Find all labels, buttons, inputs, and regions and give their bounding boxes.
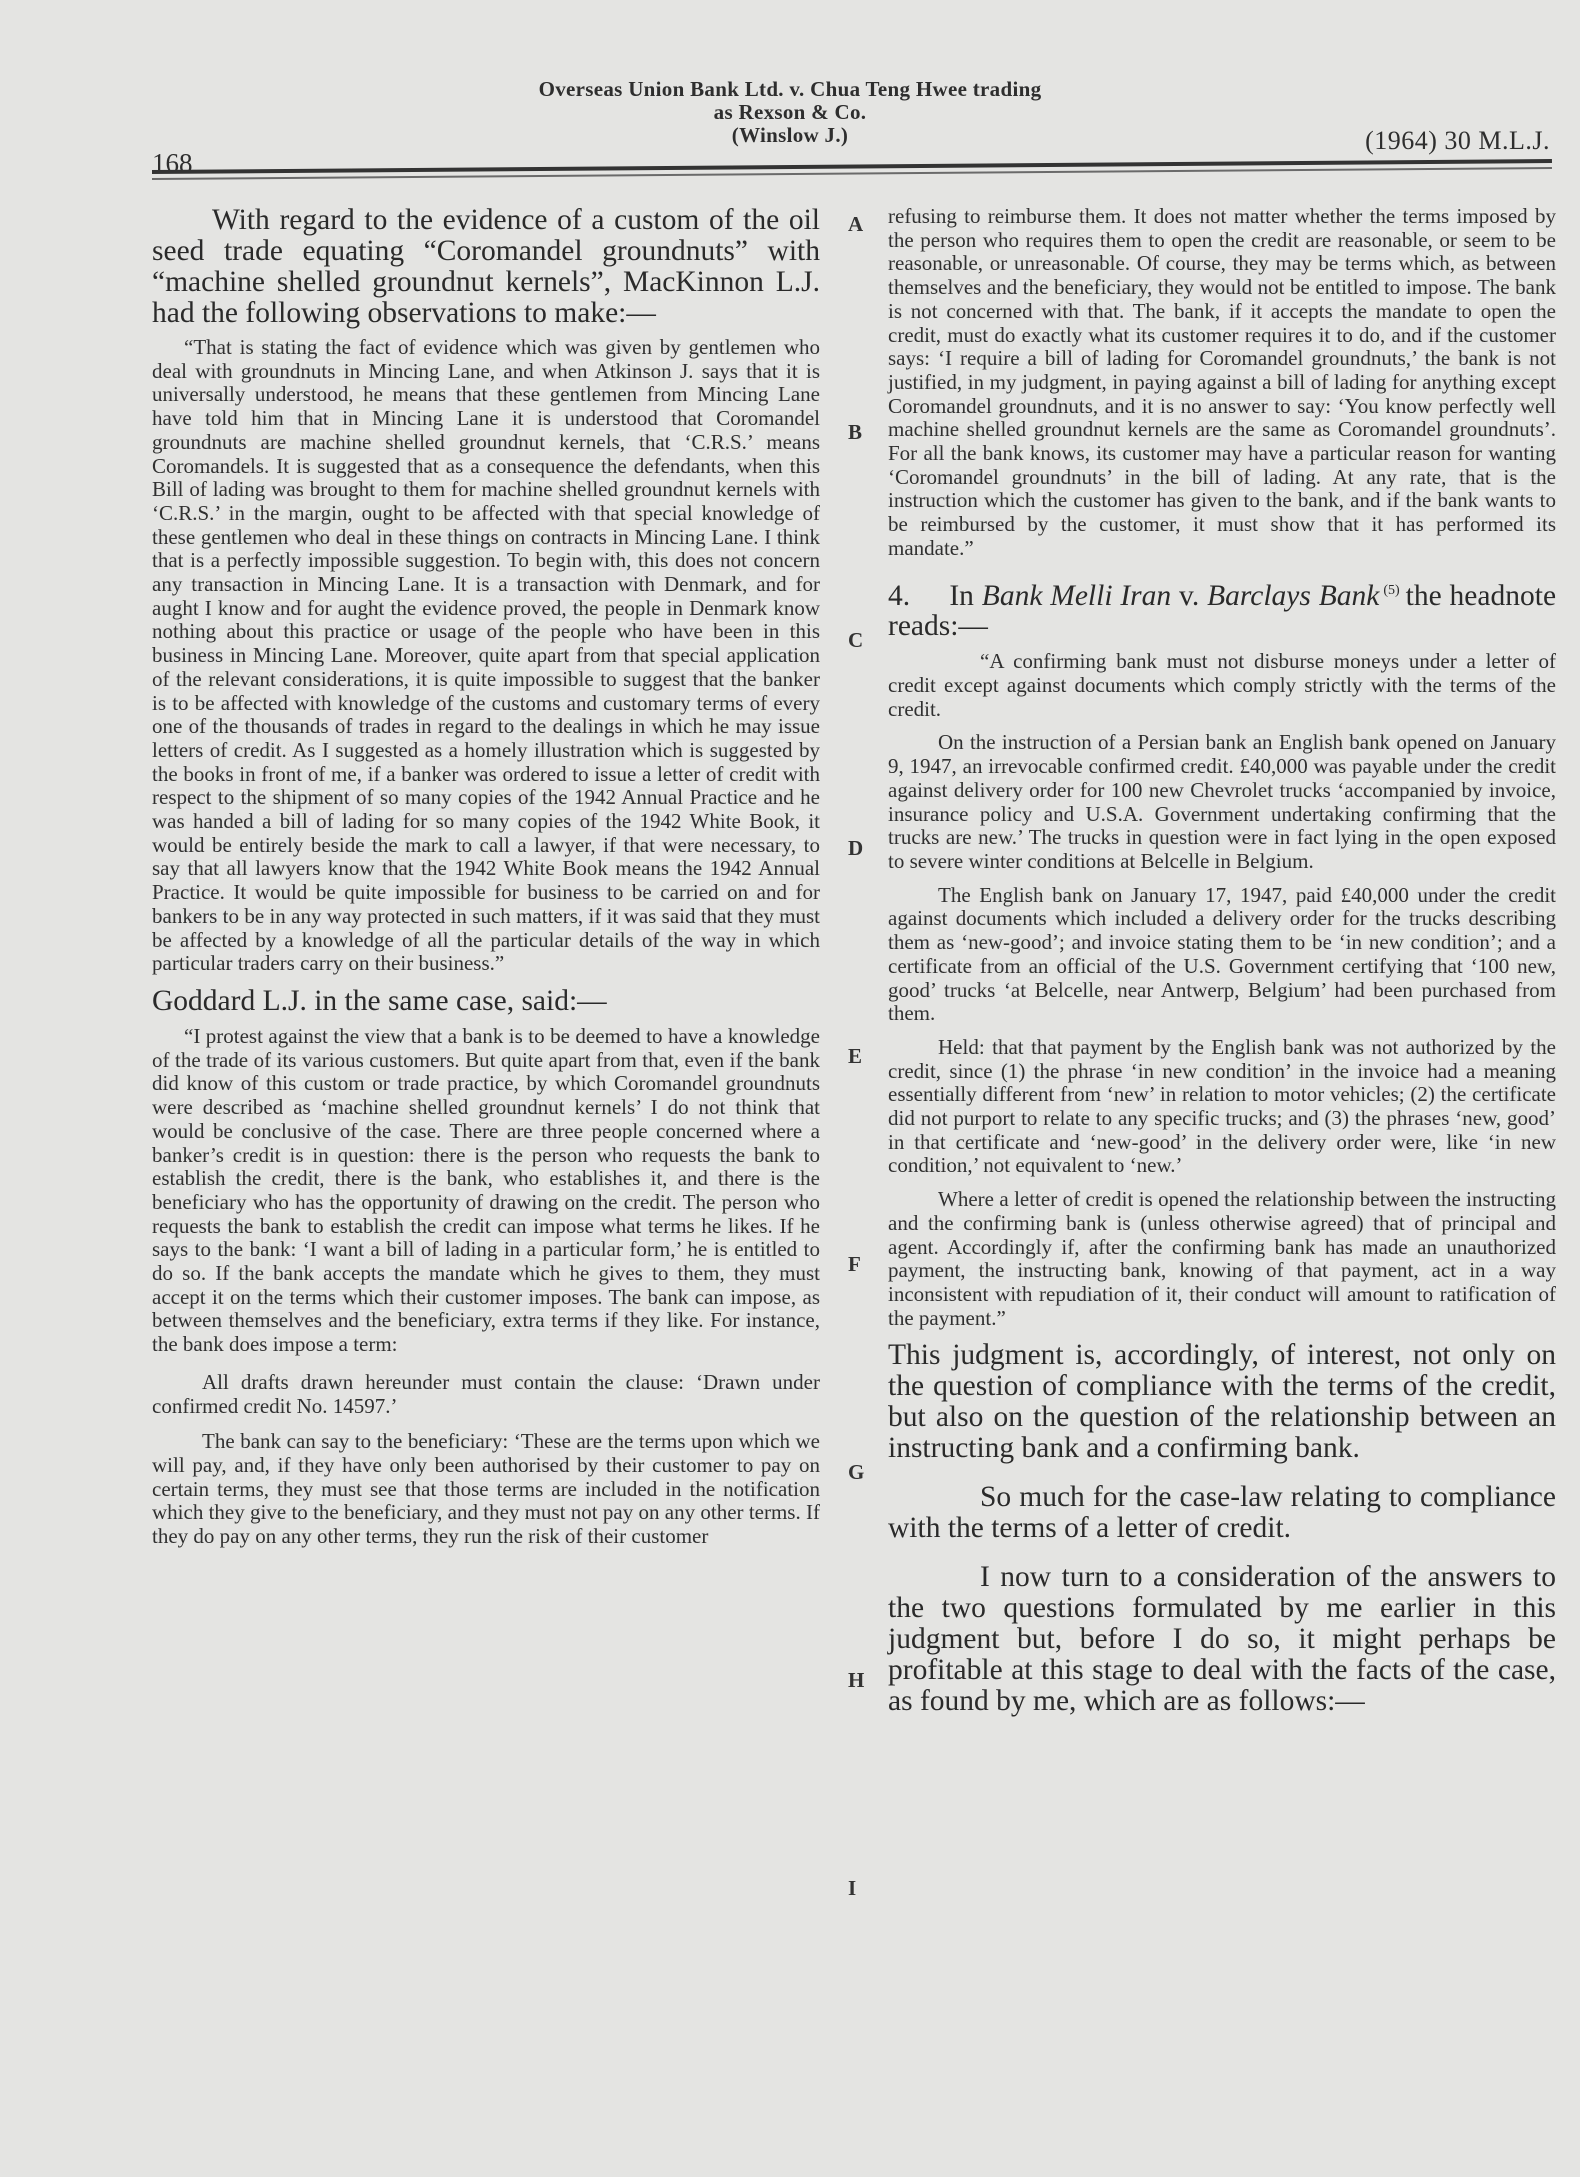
intro-paragraph: With regard to the evidence of a custom … [152,205,820,329]
margin-letter-h: H [848,1668,864,1693]
margin-letter-b: B [848,420,862,445]
mackinnon-quote: “That is stating the fact of evidence wh… [152,336,820,976]
margin-letter-d: D [848,836,863,861]
running-head: Overseas Union Bank Ltd. v. Chua Teng Hw… [0,78,1580,147]
goddard-quote-continued: refusing to reimburse them. It does not … [888,205,1556,561]
section-prefix: In [949,579,974,611]
running-head-line-2: as Rexson & Co. [0,101,1580,124]
headnote-paragraph-1: “A confirming bank must not disburse mon… [888,650,1556,721]
margin-letter-c: C [848,628,863,653]
facts-transition-paragraph: I now turn to a consideration of the ans… [888,1562,1556,1717]
case-name-barclays-bank: Barclays Bank [1207,579,1379,611]
goddard-heading: Goddard L.J. in the same case, said:— [152,986,820,1017]
running-head-line-3: (Winslow J.) [0,124,1580,147]
left-column: With regard to the evidence of a custom … [152,205,820,1549]
versus: v. [1179,579,1199,611]
headnote-held: Held: that that payment by the English b… [888,1036,1556,1178]
judgment-interest-paragraph: This judgment is, accordingly, of intere… [888,1340,1556,1464]
goddard-quote-paragraph-1: “I protest against the view that a bank … [152,1025,820,1357]
margin-letter-g: G [848,1460,864,1485]
report-citation: (1964) 30 M.L.J. [1365,126,1550,156]
right-column: refusing to reimburse them. It does not … [888,205,1556,1724]
case-name-bank-melli-iran: Bank Melli Iran [982,579,1171,611]
goddard-quote-paragraph-2: The bank can say to the beneficiary: ‘Th… [152,1430,820,1549]
section-4-heading: 4. In Bank Melli Iran v. Barclays Bank(5… [888,575,1556,643]
headnote-paragraph-5: Where a letter of credit is opened the r… [888,1188,1556,1330]
page-number: 168 [152,148,193,179]
margin-letter-e: E [848,1044,862,1069]
case-law-summary-paragraph: So much for the case-law relating to com… [888,1482,1556,1544]
margin-letter-i: I [848,1876,856,1901]
section-number: 4. [888,579,910,611]
headnote-paragraph-3: The English bank on January 17, 1947, pa… [888,884,1556,1026]
footnote-reference: (5) [1383,583,1399,598]
running-head-line-1: Overseas Union Bank Ltd. v. Chua Teng Hw… [0,78,1580,101]
document-page: Overseas Union Bank Ltd. v. Chua Teng Hw… [0,0,1580,2177]
margin-letter-a: A [848,212,863,237]
headnote-paragraph-2: On the instruction of a Persian bank an … [888,731,1556,873]
goddard-quote-clause: All drafts drawn hereunder must contain … [152,1371,820,1418]
margin-letter-f: F [848,1252,861,1277]
